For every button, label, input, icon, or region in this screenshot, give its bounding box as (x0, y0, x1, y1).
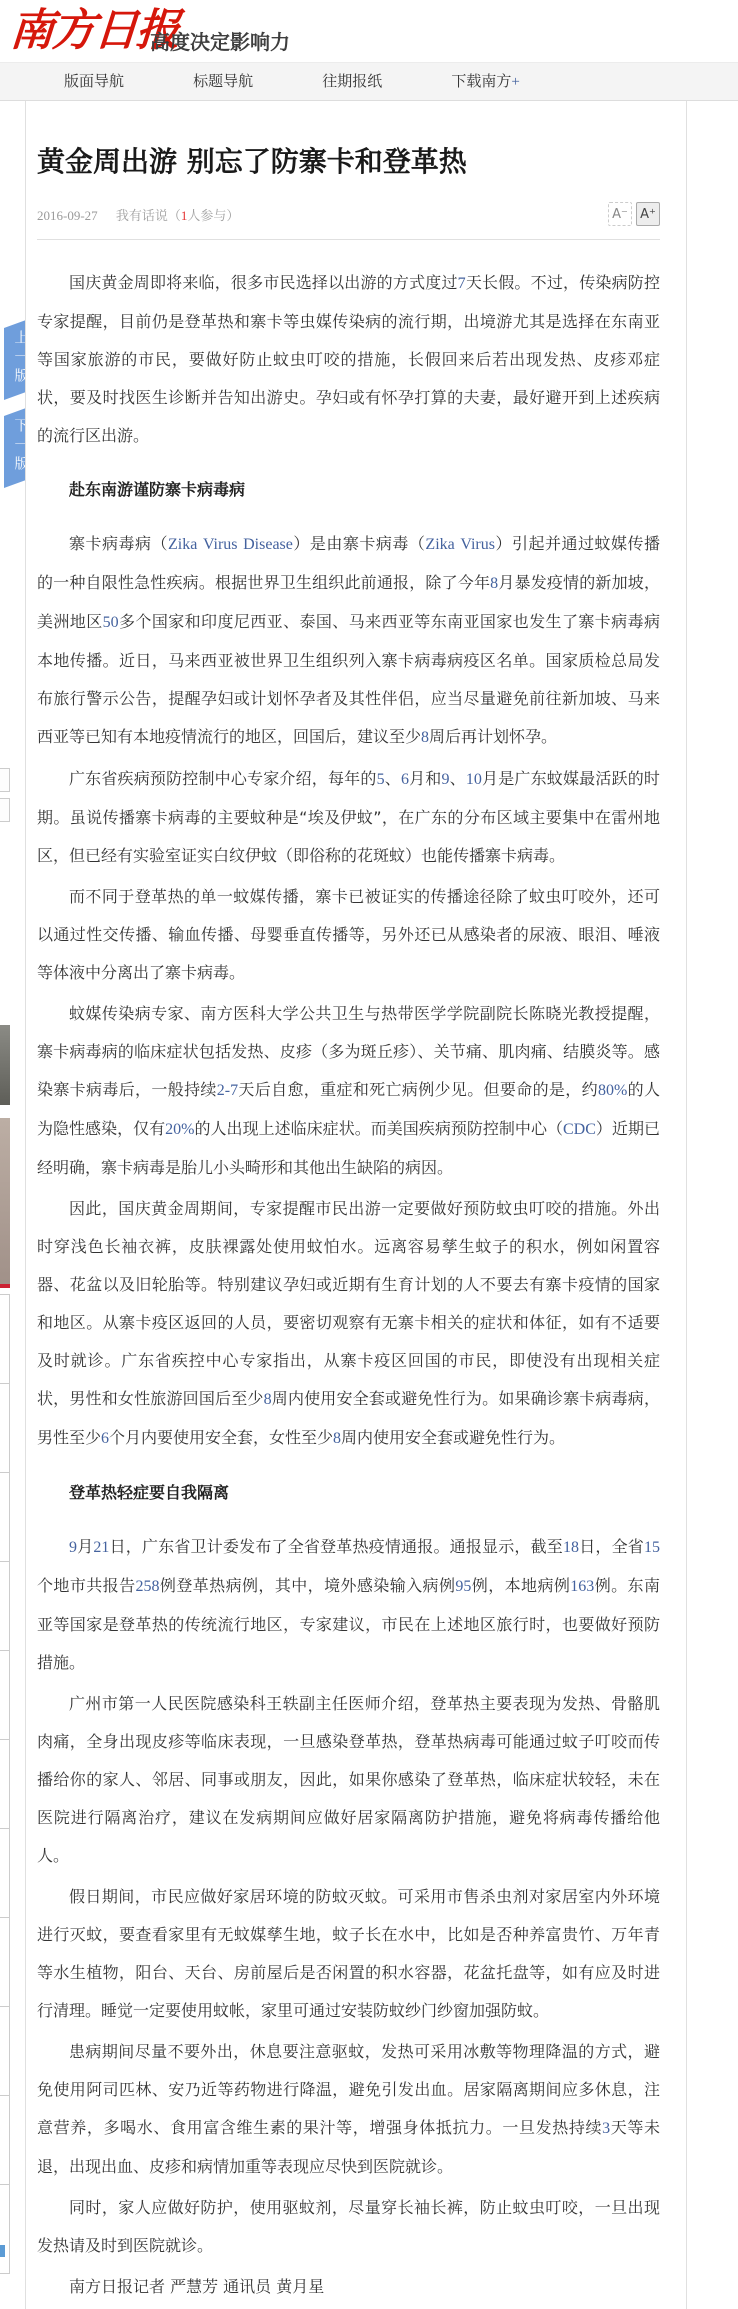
article-paragraph: 同时，家人应做好防护，使用驱蚊剂，尽量穿长袖长裤，防止蚊虫叮咬，一旦出现发热请及… (37, 2189, 660, 2265)
cropped-content-fragment (0, 2245, 5, 2257)
article-subhead: 登革热轻症要自我隔离 (37, 1474, 660, 1512)
cropped-list-item-fragment (0, 1383, 10, 1473)
masthead-tagline: 高度决定影响力 (150, 26, 290, 55)
cropped-thumbnail-fragment (0, 1025, 10, 1105)
article-paragraph: 假日期间，市民应做好家居环境的防蚊灭蚊。可采用市售杀虫剂对家居室内外环境进行灭蚊… (37, 1878, 660, 2030)
article-meta: 2016-09-27 我有话说（1人参与） (37, 205, 608, 224)
cropped-list-item-fragment (0, 1561, 10, 1651)
font-increase-button[interactable]: A⁺ (636, 202, 660, 226)
nav-item-download-app[interactable]: 下载南方+ (451, 63, 519, 101)
article-paragraph: 患病期间尽量不要外出，休息要注意驱蚊，发热可采用冰敷等物理降温的方式，避免使用阿… (37, 2033, 660, 2186)
cropped-list-item-fragment (0, 1472, 10, 1562)
article-card: 黄金周出游 别忘了防寨卡和登革热 2016-09-27 我有话说（1人参与） A… (25, 101, 687, 2309)
article-meta-row: 2016-09-27 我有话说（1人参与） A⁻ A⁺ (37, 201, 660, 227)
cropped-list-item-fragment (0, 1828, 10, 1918)
cropped-list-item-fragment (0, 2184, 10, 2274)
article-paragraph: 而不同于登革热的单一蚊媒传播，寨卡已被证实的传播途径除了蚊虫叮咬外，还可以通过性… (37, 878, 660, 992)
page: { "masthead": { "logo_text": "南方日报", "ta… (0, 0, 738, 2309)
meta-divider (37, 239, 660, 240)
cropped-list-item-fragment (0, 2006, 10, 2096)
article-paragraph: 寨卡病毒病（Zika Virus Disease）是由寨卡病毒（Zika Vir… (37, 525, 660, 757)
cropped-list-item-fragment (0, 1739, 10, 1829)
plus-icon: + (511, 74, 519, 90)
article-subhead: 赴东南游谨防寨卡病毒病 (37, 471, 660, 509)
nav-item-page-navigation[interactable]: 版面导航 (64, 63, 124, 100)
comments-link[interactable]: 我有话说（1人参与） (116, 209, 240, 224)
navbar: 版面导航 标题导航 往期报纸 下载南方+ (0, 62, 738, 101)
cropped-list-item-fragment (0, 2095, 10, 2185)
font-decrease-button[interactable]: A⁻ (608, 202, 632, 226)
cropped-content-fragment (0, 798, 10, 822)
article-date: 2016-09-27 (37, 208, 98, 223)
article-paragraph: 9月21日，广东省卫计委发布了全省登革热疫情通报。通报显示，截至18日，全省15… (37, 1528, 660, 1682)
cropped-list-item-fragment (0, 1650, 10, 1740)
masthead: 南方日报 高度决定影响力 (0, 0, 738, 62)
article-body: 国庆黄金周即将来临，很多市民选择以出游的方式度过7天长假。不过，传染病防控专家提… (37, 264, 660, 2306)
article-paragraph: 广州市第一人民医院感染科王轶副主任医师介绍，登革热主要表现为发热、骨骼肌肉痛，全… (37, 1685, 660, 1875)
article-paragraph: 国庆黄金周即将来临，很多市民选择以出游的方式度过7天长假。不过，传染病防控专家提… (37, 264, 660, 455)
cropped-content-fragment (0, 768, 10, 792)
article-paragraph: 广东省疾病预防控制中心专家介绍，每年的5、6月和9、10月是广东蚊媒最活跃的时期… (37, 760, 660, 875)
comments-prefix: 我有话说（ (116, 209, 181, 224)
nav-item-download-app-label: 下载南方 (451, 72, 511, 90)
nav-item-title-navigation[interactable]: 标题导航 (193, 63, 253, 100)
cropped-thumbnail-fragment (0, 1118, 10, 1288)
article-paragraph: 蚊媒传染病专家、南方医科大学公共卫生与热带医学学院副院长陈晓光教授提醒，寨卡病毒… (37, 995, 660, 1187)
cropped-list-item-fragment (0, 1294, 10, 1384)
comments-suffix: 人参与） (187, 209, 239, 224)
article-title: 黄金周出游 别忘了防寨卡和登革热 (37, 145, 660, 179)
article-paragraph: 因此，国庆黄金周期间，专家提醒市民出游一定要做好预防蚊虫叮咬的措施。外出时穿浅色… (37, 1190, 660, 1458)
font-size-controls: A⁻ A⁺ (608, 202, 660, 226)
cropped-list-item-fragment (0, 1917, 10, 2007)
nav-item-past-issues[interactable]: 往期报纸 (322, 63, 382, 100)
article-paragraph: 南方日报记者 严慧芳 通讯员 黄月星 (37, 2268, 660, 2306)
